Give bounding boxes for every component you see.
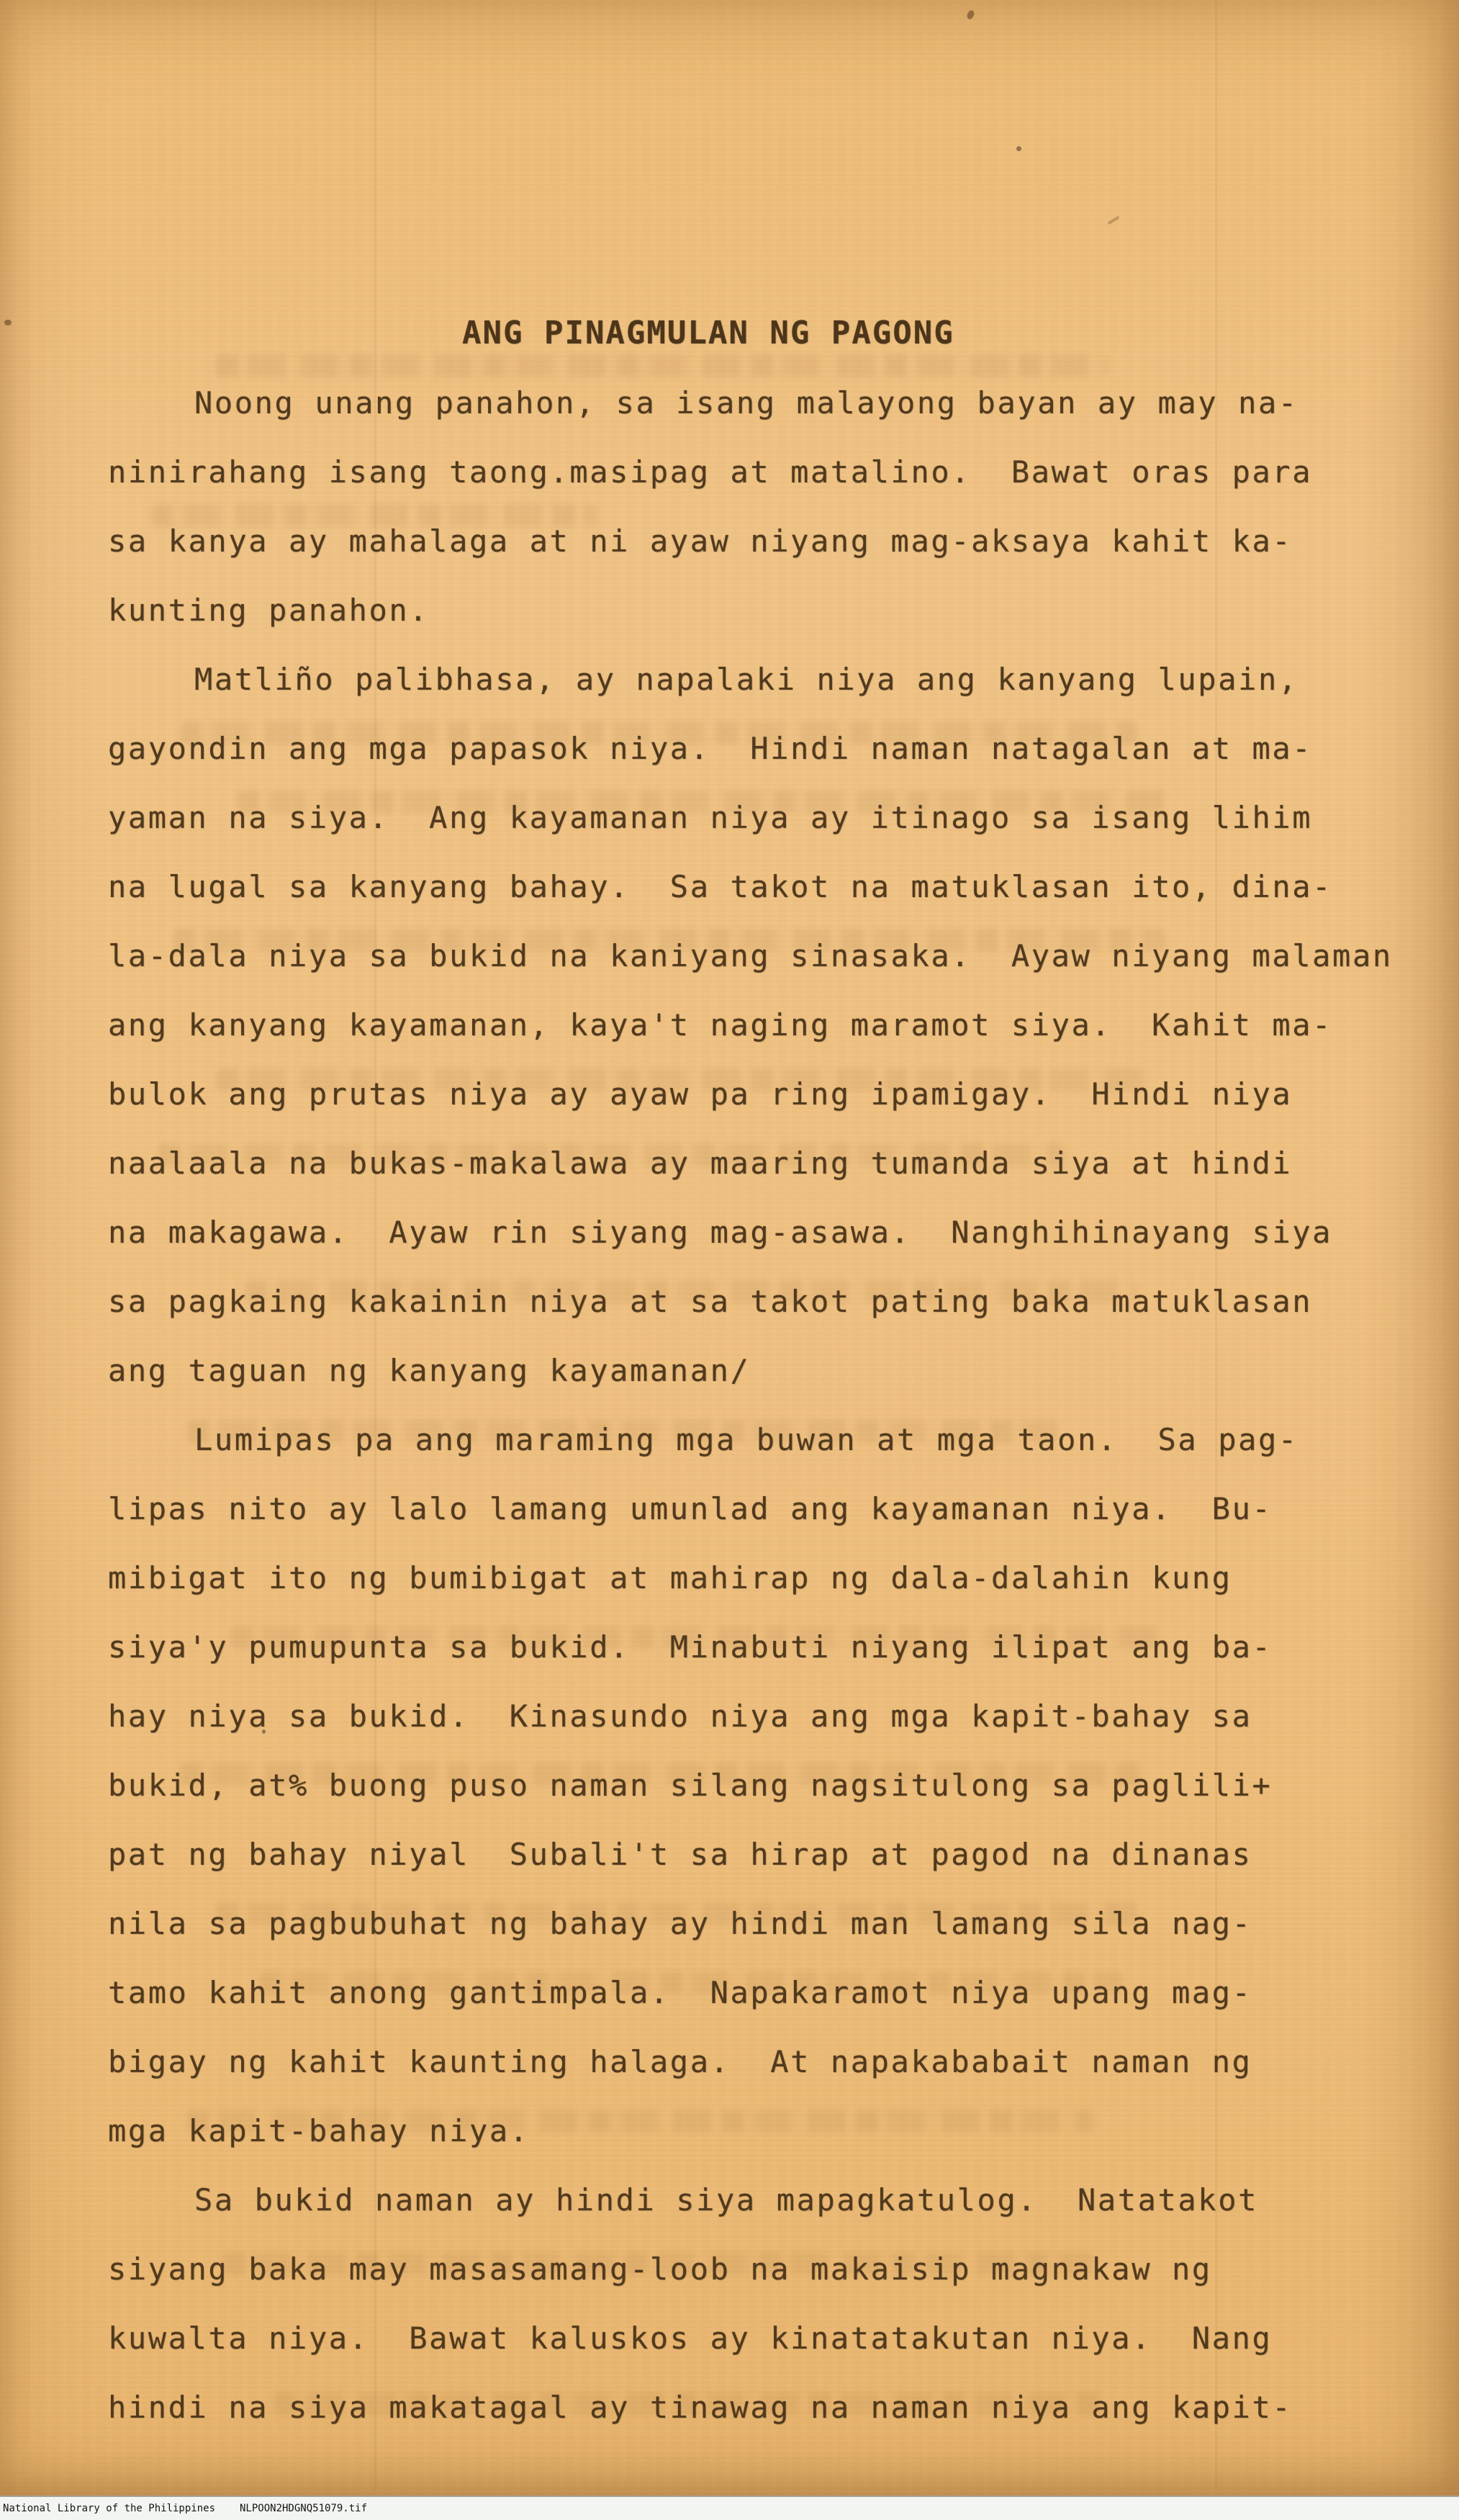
text-line: ang taguan ng kanyang kayamanan/ [108, 1336, 1389, 1405]
text-line: mga kapit-bahay niya. [108, 2097, 1389, 2166]
ink-speck [4, 320, 12, 325]
text-line: hindi na siya makatagal ay tinawag na na… [108, 2373, 1389, 2442]
text-line: nila sa pagbubuhat ng bahay ay hindi man… [108, 1889, 1389, 1958]
text-line: bigay ng kahit kaunting halaga. At napak… [108, 2028, 1389, 2097]
text-line: ang kanyang kayamanan, kaya't naging mar… [108, 991, 1389, 1060]
text-line: naalaala na bukas-makalawa ay maaring tu… [108, 1129, 1389, 1198]
text-line: siya'y pumupunta sa bukid. Minabuti niya… [108, 1613, 1389, 1682]
page-title: ANG PINAGMULAN NG PAGONG [462, 308, 954, 359]
scanner-footer-bar: National Library of the Philippines NLPO… [0, 2496, 1459, 2520]
text-line: siyang baka may masasamang-loob na makai… [108, 2235, 1389, 2304]
scanned-document-page: ANG PINAGMULAN NG PAGONG Noong unang pan… [0, 0, 1459, 2520]
ink-speck [966, 9, 976, 21]
text-line: kunting panahon. [108, 576, 1389, 645]
text-line: tamo kahit anong gantimpala. Napakaramot… [108, 1958, 1389, 2028]
text-line: bulok ang prutas niya ay ayaw pa ring ip… [108, 1060, 1389, 1129]
text-line: la-dala niya sa bukid na kaniyang sinasa… [108, 922, 1389, 991]
footer-library-label: National Library of the Philippines [3, 2503, 215, 2514]
text-line: Lumipas pa ang maraming mga buwan at mga… [108, 1405, 1389, 1475]
text-line: na makagawa. Ayaw rin siyang mag-asawa. … [108, 1198, 1389, 1267]
text-line: lipas nito ay lalo lamang umunlad ang ka… [108, 1475, 1389, 1544]
text-line: sa kanya ay mahalaga at ni ayaw niyang m… [108, 507, 1389, 576]
text-line: bukid, at% buong puso naman silang nagsi… [108, 1751, 1389, 1820]
text-line: yaman na siya. Ang kayamanan niya ay iti… [108, 783, 1389, 852]
text-line: Sa bukid naman ay hindi siya mapagkatulo… [108, 2166, 1389, 2235]
text-line: ninirahang isang taong.masipag at matali… [108, 438, 1389, 507]
scratch-mark [1107, 216, 1119, 225]
text-line: sa pagkaing kakainin niya at sa takot pa… [108, 1267, 1389, 1336]
ink-speck [1016, 146, 1021, 151]
text-line: pat ng bahay niyal Subali't sa hirap at … [108, 1820, 1389, 1889]
text-line: Noong unang panahon, sa isang malayong b… [108, 369, 1389, 438]
text-line: hay niya sa bukid. Kinasundo niya ang mg… [108, 1682, 1389, 1751]
paper: ANG PINAGMULAN NG PAGONG Noong unang pan… [0, 0, 1459, 2497]
text-line: kuwalta niya. Bawat kaluskos ay kinatata… [108, 2304, 1389, 2373]
document-body: Noong unang panahon, sa isang malayong b… [108, 369, 1389, 2442]
text-line: na lugal sa kanyang bahay. Sa takot na m… [108, 852, 1389, 922]
text-line: Matliño palibhasa, ay napalaki niya ang … [108, 645, 1389, 714]
text-line: mibigat ito ng bumibigat at mahirap ng d… [108, 1544, 1389, 1613]
text-line: gayondin ang mga papasok niya. Hindi nam… [108, 714, 1389, 783]
footer-filename: NLPOON2HDGNQ51079.tif [240, 2503, 367, 2514]
